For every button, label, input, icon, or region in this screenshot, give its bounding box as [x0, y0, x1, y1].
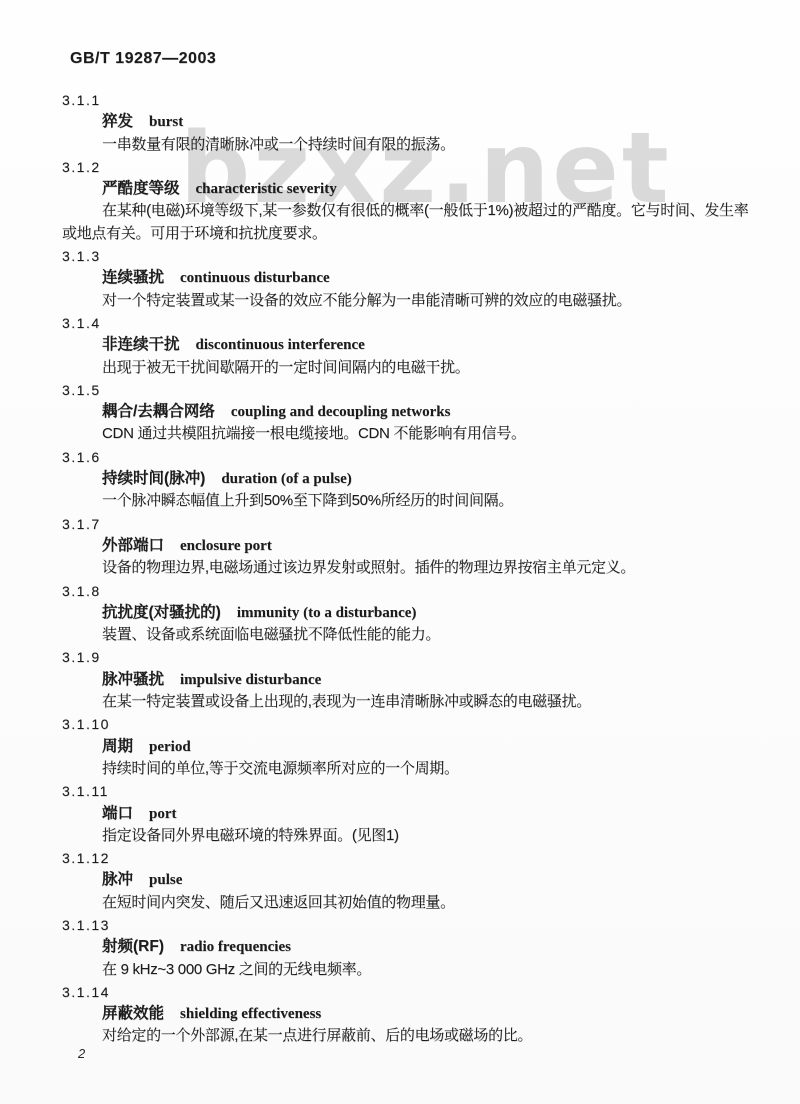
- term-english: port: [149, 806, 177, 822]
- term-definition: 在某一特定装置或设备上出现的,表现为一连串清晰脉冲或瞬态的电磁骚扰。: [62, 691, 754, 713]
- term-english: continuous disturbance: [180, 270, 330, 286]
- term-section: 3.1.6 持续时间(脉冲)duration (of a pulse) 一个脉冲…: [62, 446, 754, 513]
- section-number: 3.1.3: [62, 245, 754, 267]
- section-number: 3.1.8: [62, 580, 754, 602]
- term-title-line: 射频(RF)radio frequencies: [62, 936, 754, 958]
- term-chinese: 周期: [102, 738, 133, 755]
- term-definition: 出现于被无干扰间歇隔开的一定时间间隔内的电磁干扰。: [62, 357, 754, 379]
- term-english: immunity (to a disturbance): [237, 605, 417, 621]
- term-title-line: 持续时间(脉冲)duration (of a pulse): [62, 468, 754, 490]
- page-number: 2: [78, 1046, 85, 1061]
- standard-number-header: GB/T 19287—2003: [70, 50, 216, 68]
- term-definition: 指定设备同外界电磁环境的特殊界面。(见图1): [62, 825, 754, 847]
- term-section: 3.1.9 脉冲骚扰impulsive disturbance 在某一特定装置或…: [62, 646, 754, 713]
- term-definition: CDN 通过共模阻抗端接一根电缆接地。CDN 不能影响有用信号。: [62, 423, 754, 445]
- term-definition: 一个脉冲瞬态幅值上升到50%至下降到50%所经历的时间间隔。: [62, 490, 754, 512]
- section-number: 3.1.14: [62, 981, 754, 1003]
- term-section: 3.1.4 非连续干扰discontinuous interference 出现…: [62, 312, 754, 379]
- term-chinese: 射频(RF): [102, 938, 164, 955]
- section-number: 3.1.2: [62, 156, 754, 178]
- term-english: impulsive disturbance: [180, 672, 321, 688]
- term-definition: 在某种(电磁)环境等级下,某一参数仅有很低的概率(一般低于1%)被超过的严酷度。…: [62, 200, 754, 245]
- term-chinese: 猝发: [102, 113, 133, 130]
- term-section: 3.1.14 屏蔽效能shielding effectiveness 对给定的一…: [62, 981, 754, 1048]
- section-number: 3.1.4: [62, 312, 754, 334]
- term-chinese: 持续时间(脉冲): [102, 470, 205, 487]
- term-title-line: 猝发burst: [62, 111, 754, 133]
- term-title-line: 外部端口enclosure port: [62, 535, 754, 557]
- term-section: 3.1.2 严酷度等级characteristic severity 在某种(电…: [62, 156, 754, 245]
- term-title-line: 非连续干扰discontinuous interference: [62, 334, 754, 356]
- term-title-line: 严酷度等级characteristic severity: [62, 178, 754, 200]
- term-definition: 设备的物理边界,电磁场通过该边界发射或照射。插件的物理边界按宿主单元定义。: [62, 557, 754, 579]
- term-chinese: 抗扰度(对骚扰的): [102, 604, 221, 621]
- term-section: 3.1.8 抗扰度(对骚扰的)immunity (to a disturbanc…: [62, 580, 754, 647]
- term-chinese: 端口: [102, 805, 133, 822]
- term-english: enclosure port: [180, 538, 272, 554]
- term-chinese: 脉冲骚扰: [102, 671, 164, 688]
- section-number: 3.1.11: [62, 780, 754, 802]
- term-english: duration (of a pulse): [221, 471, 351, 487]
- term-english: shielding effectiveness: [180, 1006, 321, 1022]
- term-section: 3.1.13 射频(RF)radio frequencies 在 9 kHz~3…: [62, 914, 754, 981]
- term-english: period: [149, 739, 191, 755]
- term-chinese: 耦合/去耦合网络: [102, 403, 215, 420]
- term-english: radio frequencies: [180, 939, 291, 955]
- term-section: 3.1.10 周期period 持续时间的单位,等于交流电源频率所对应的一个周期…: [62, 713, 754, 780]
- section-number: 3.1.9: [62, 646, 754, 668]
- term-english: coupling and decoupling networks: [231, 404, 451, 420]
- scanned-standard-page: bzxz.net GB/T 19287—2003 3.1.1 猝发burst 一…: [0, 0, 800, 1104]
- term-section: 3.1.7 外部端口enclosure port 设备的物理边界,电磁场通过该边…: [62, 513, 754, 580]
- term-definition: 对一个特定装置或某一设备的效应不能分解为一串能清晰可辨的效应的电磁骚扰。: [62, 290, 754, 312]
- section-number: 3.1.13: [62, 914, 754, 936]
- term-chinese: 连续骚扰: [102, 269, 164, 286]
- term-definition: 在短时间内突发、随后又迅速返回其初始值的物理量。: [62, 892, 754, 914]
- term-chinese: 屏蔽效能: [102, 1005, 164, 1022]
- term-chinese: 非连续干扰: [102, 336, 180, 353]
- term-section: 3.1.12 脉冲pulse 在短时间内突发、随后又迅速返回其初始值的物理量。: [62, 847, 754, 914]
- term-title-line: 屏蔽效能shielding effectiveness: [62, 1003, 754, 1025]
- term-title-line: 抗扰度(对骚扰的)immunity (to a disturbance): [62, 602, 754, 624]
- term-chinese: 严酷度等级: [102, 180, 180, 197]
- term-english: burst: [149, 114, 183, 130]
- term-english: characteristic severity: [196, 181, 337, 197]
- term-chinese: 脉冲: [102, 871, 133, 888]
- term-title-line: 脉冲骚扰impulsive disturbance: [62, 669, 754, 691]
- section-number: 3.1.10: [62, 713, 754, 735]
- term-section: 3.1.11 端口port 指定设备同外界电磁环境的特殊界面。(见图1): [62, 780, 754, 847]
- term-section: 3.1.1 猝发burst 一串数量有限的清晰脉冲或一个持续时间有限的振荡。: [62, 89, 754, 156]
- section-number: 3.1.7: [62, 513, 754, 535]
- term-title-line: 端口port: [62, 803, 754, 825]
- terms-definitions-list: 3.1.1 猝发burst 一串数量有限的清晰脉冲或一个持续时间有限的振荡。 3…: [62, 89, 754, 1048]
- term-title-line: 耦合/去耦合网络coupling and decoupling networks: [62, 401, 754, 423]
- term-title-line: 连续骚扰continuous disturbance: [62, 267, 754, 289]
- term-definition: 持续时间的单位,等于交流电源频率所对应的一个周期。: [62, 758, 754, 780]
- term-section: 3.1.5 耦合/去耦合网络coupling and decoupling ne…: [62, 379, 754, 446]
- section-number: 3.1.5: [62, 379, 754, 401]
- term-section: 3.1.3 连续骚扰continuous disturbance 对一个特定装置…: [62, 245, 754, 312]
- section-number: 3.1.1: [62, 89, 754, 111]
- section-number: 3.1.6: [62, 446, 754, 468]
- section-number: 3.1.12: [62, 847, 754, 869]
- term-definition: 在 9 kHz~3 000 GHz 之间的无线电频率。: [62, 959, 754, 981]
- term-english: pulse: [149, 872, 182, 888]
- term-english: discontinuous interference: [196, 337, 365, 353]
- term-definition: 一串数量有限的清晰脉冲或一个持续时间有限的振荡。: [62, 134, 754, 156]
- term-definition: 装置、设备或系统面临电磁骚扰不降低性能的能力。: [62, 624, 754, 646]
- term-chinese: 外部端口: [102, 537, 164, 554]
- term-title-line: 脉冲pulse: [62, 869, 754, 891]
- term-definition: 对给定的一个外部源,在某一点进行屏蔽前、后的电场或磁场的比。: [62, 1025, 754, 1047]
- term-title-line: 周期period: [62, 736, 754, 758]
